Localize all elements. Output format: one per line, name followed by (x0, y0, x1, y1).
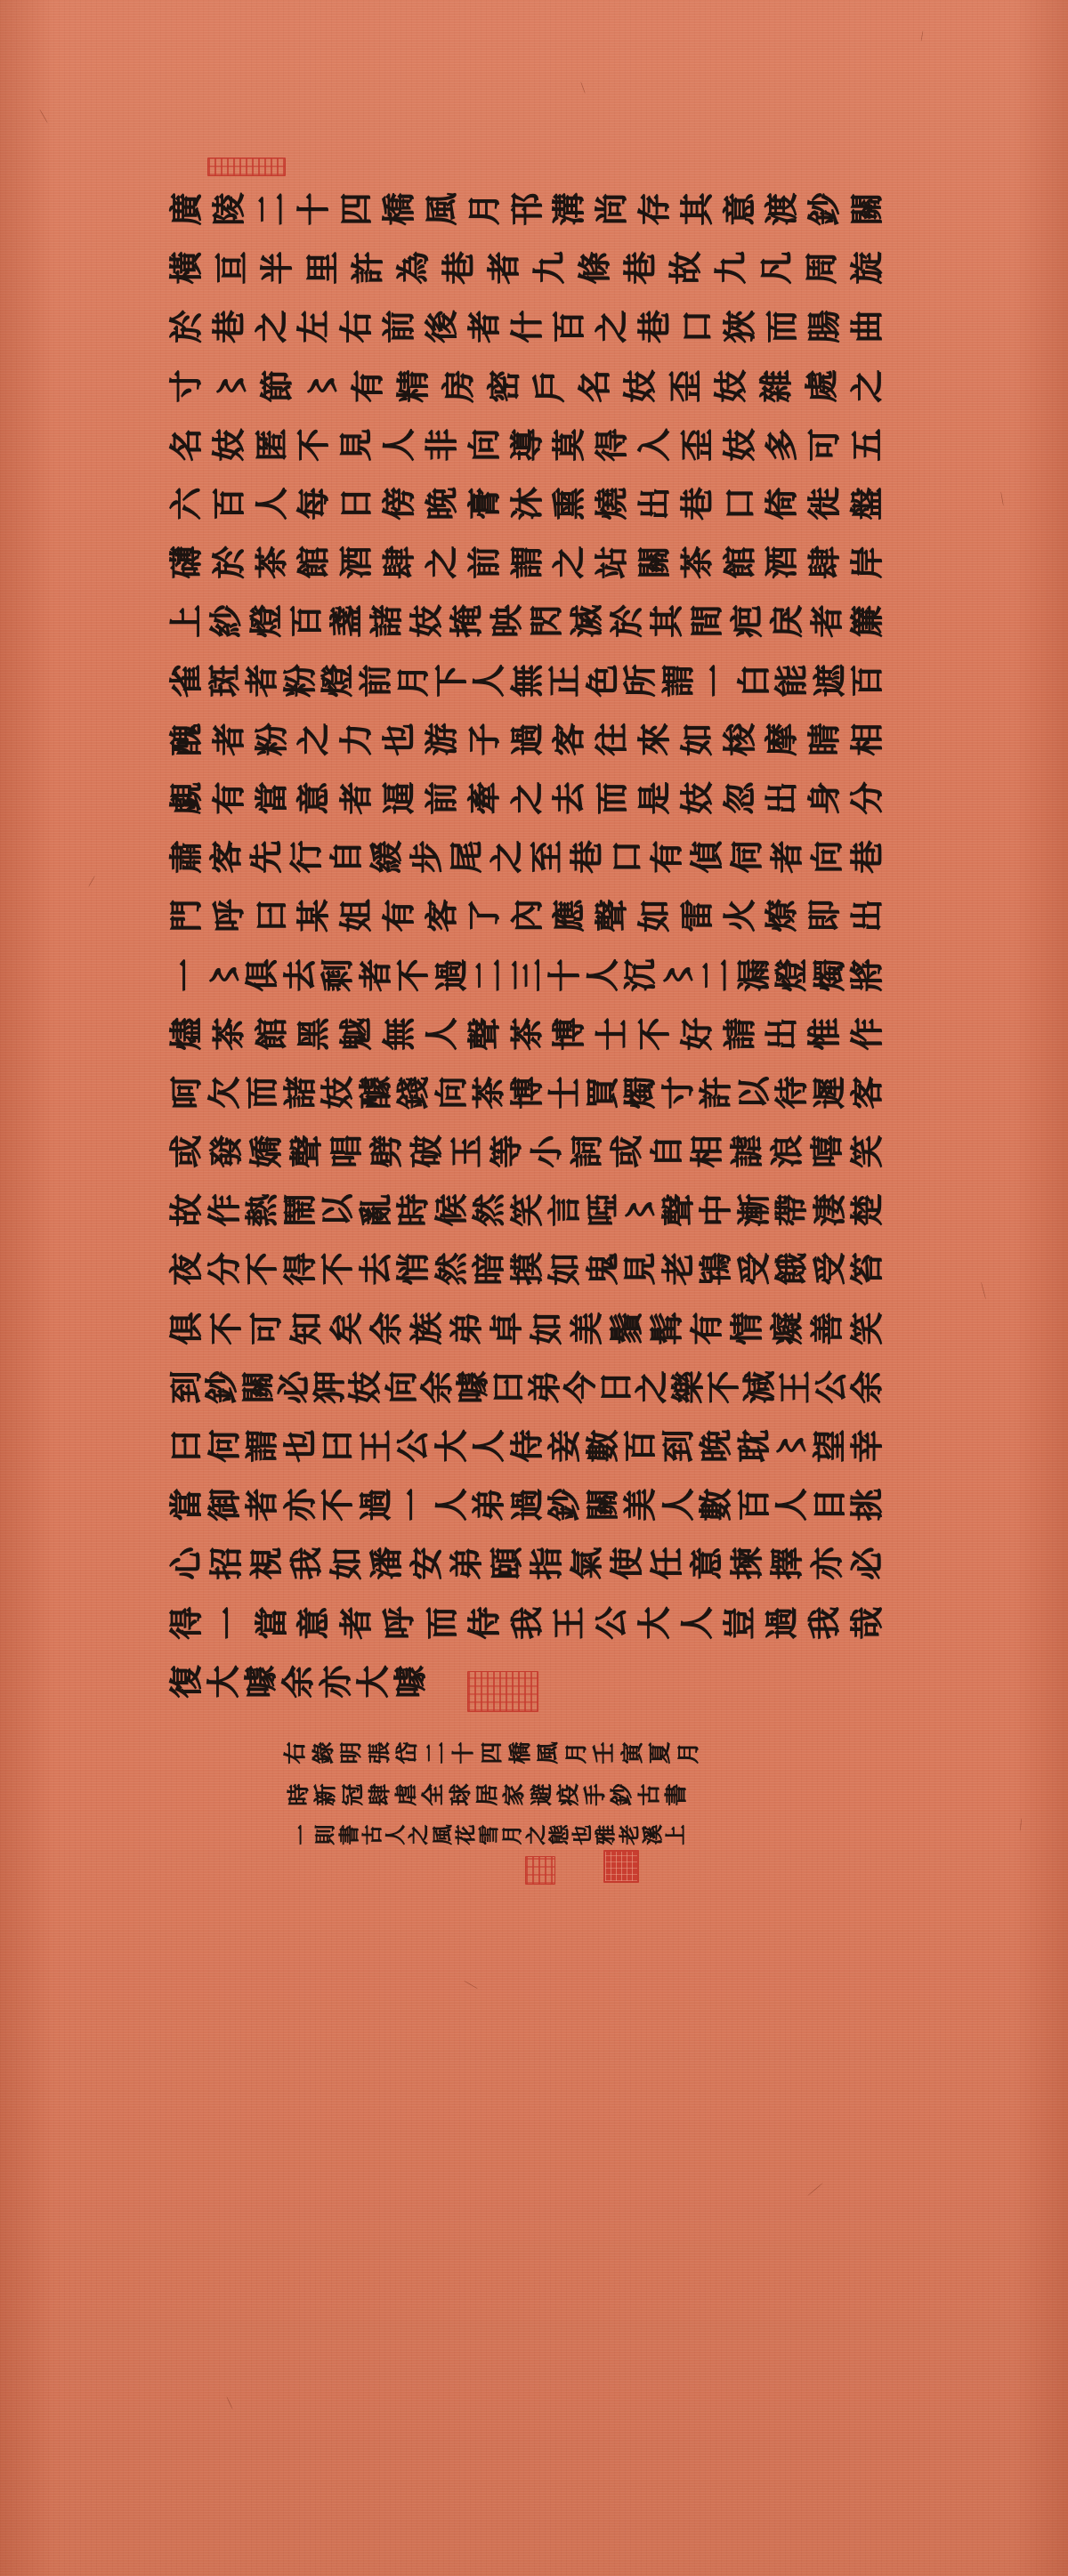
calligraphy-character: 關 (241, 1369, 277, 1405)
calligraphy-line: 曰何謂也曰王公大人侍妾數百到晚耽〻望幸 (169, 1417, 886, 1475)
calligraphy-character: 大 (637, 1605, 673, 1641)
calligraphy-character: 巷 (623, 250, 659, 286)
calligraphy-character: 耽 (737, 1428, 773, 1464)
calligraphy-character: 使 (610, 1546, 645, 1581)
calligraphy-character: 茶 (212, 1016, 247, 1052)
calligraphy-character: 餓 (774, 1251, 810, 1287)
calligraphy-character: 必 (277, 1369, 312, 1405)
paper-fiber (1000, 492, 1004, 506)
calligraphy-character: 得 (595, 427, 630, 463)
calligraphy-character: 關 (637, 545, 673, 580)
calligraphy-character: 雀 (169, 663, 205, 699)
inscription-line: 右錄明張岱二十四橋風月壬寅夏月 (283, 1735, 701, 1771)
calligraphy-character: 避 (530, 1782, 554, 1807)
calligraphy-character: 〻 (661, 957, 697, 993)
calligraphy-character: 燭 (623, 1075, 659, 1110)
calligraphy-character: 二 (424, 1740, 449, 1765)
calligraphy-character: 如 (637, 898, 673, 933)
calligraphy-character: 為 (396, 250, 432, 286)
paper-fiber (88, 876, 95, 887)
calligraphy-character: 過 (765, 1605, 800, 1641)
calligraphy-character: 岸 (850, 545, 886, 580)
calligraphy-character: 寸 (169, 368, 205, 404)
calligraphy-character: 大 (206, 1664, 242, 1700)
calligraphy-character: 非 (425, 427, 460, 463)
calligraphy-character: 噱 (244, 1664, 279, 1700)
calligraphy-character: 冠 (341, 1782, 366, 1807)
calligraphy-character: 虐 (394, 1782, 419, 1807)
calligraphy-character: 如 (680, 722, 716, 757)
calligraphy-character: 戾 (770, 603, 805, 639)
calligraphy-character: 右 (283, 1740, 308, 1765)
calligraphy-character: 火 (723, 898, 758, 933)
calligraphy-character: 明 (339, 1740, 364, 1765)
calligraphy-character: 也 (570, 1824, 595, 1845)
calligraphy-character: 人 (382, 427, 417, 463)
calligraphy-character: 作 (850, 1016, 886, 1052)
calligraphy-character: 當 (169, 1487, 205, 1522)
calligraphy-character: 等 (489, 1134, 525, 1169)
calligraphy-character: 弟 (449, 1546, 485, 1581)
calligraphy-character: 鈔 (205, 1369, 240, 1405)
inscription-line: 一則書古人之風花雪月之態也雅老溪上 (292, 1817, 687, 1853)
calligraphy-character: 數 (586, 1428, 621, 1464)
calligraphy-character: 燭 (813, 957, 848, 993)
calligraphy-character: 月 (500, 1824, 525, 1845)
calligraphy-character: 〻 (214, 368, 250, 404)
calligraphy-character: 門 (169, 898, 205, 933)
calligraphy-character: 鈔 (610, 1782, 635, 1807)
calligraphy-character: 之 (510, 780, 546, 816)
calligraphy-character: 前 (425, 780, 460, 816)
calligraphy-character: 過 (434, 957, 470, 993)
calligraphy-character: 御 (207, 1487, 243, 1522)
calligraphy-character: 壬 (592, 1740, 617, 1765)
calligraphy-character: 巷 (570, 839, 605, 875)
calligraphy-character: 自 (329, 839, 365, 875)
calligraphy-character: 視 (249, 1546, 285, 1581)
calligraphy-character: 狹 (723, 309, 758, 344)
calligraphy-character: 是 (637, 780, 673, 816)
calligraphy-character: 忽 (723, 780, 758, 816)
calligraphy-character: 大 (356, 1664, 392, 1700)
calligraphy-character: 余 (369, 1311, 405, 1346)
calligraphy-character: 受 (737, 1251, 773, 1287)
calligraphy-character: 公 (595, 1605, 630, 1641)
calligraphy-character: 亦 (810, 1546, 845, 1581)
calligraphy-character: 戶 (532, 368, 568, 404)
calligraphy-character: 花 (454, 1824, 479, 1845)
calligraphy-character: 邗 (510, 191, 546, 227)
calligraphy-character: 前 (382, 309, 417, 344)
calligraphy-character: 月 (467, 191, 503, 227)
calligraphy-character: 剩 (320, 957, 356, 993)
calligraphy-character: 亂 (359, 1192, 394, 1228)
calligraphy-character: 盞 (329, 603, 365, 639)
calligraphy-character: 王 (778, 1369, 813, 1405)
calligraphy-character: 者 (487, 250, 522, 286)
calligraphy-character: 紗 (209, 603, 245, 639)
calligraphy-line: 故作熱鬧以亂時候然笑言啞〻聲中漸帶淒楚 (169, 1181, 886, 1240)
calligraphy-character: 書 (337, 1824, 362, 1845)
calligraphy-character: 癡 (770, 1311, 805, 1346)
calligraphy-character: 粉 (255, 722, 290, 757)
paper-fiber (981, 1282, 986, 1300)
calligraphy-character: 妓 (409, 603, 445, 639)
calligraphy-character: 向 (434, 1075, 470, 1110)
calligraphy-character: 嘻 (810, 1134, 845, 1169)
calligraphy-line: 一〻俱去剩者不過二三十人沉〻二漏燈燭將 (169, 945, 886, 1004)
calligraphy-character: 分 (207, 1251, 243, 1287)
calligraphy-character: 鈔 (807, 191, 843, 227)
calligraphy-character: 酒 (339, 545, 375, 580)
calligraphy-character: 數 (699, 1487, 734, 1522)
calligraphy-character: 白 (737, 663, 773, 699)
calligraphy-character: 漏 (737, 957, 773, 993)
calligraphy-character: 謂 (510, 545, 546, 580)
calligraphy-line: 上紗燈百盞諸妓掩映閃滅於其間疤戾者簾 (169, 592, 886, 650)
calligraphy-character: 月 (396, 663, 432, 699)
calligraphy-character: 導 (510, 427, 546, 463)
calligraphy-character: 家 (502, 1782, 527, 1807)
calligraphy-line: 寸〻節〻有精房密戶名妓歪妓雜處之 (169, 357, 886, 416)
calligraphy-character: 意 (723, 191, 758, 227)
calligraphy-character: 態 (547, 1824, 572, 1845)
calligraphy-character: 余 (420, 1369, 456, 1405)
calligraphy-character: 游 (425, 722, 460, 757)
calligraphy-character: 斑 (207, 663, 243, 699)
calligraphy-character: 卓 (489, 1311, 525, 1346)
calligraphy-character: 雅 (594, 1824, 619, 1845)
calligraphy-character: 手 (583, 1782, 608, 1807)
calligraphy-character: 浪 (770, 1134, 805, 1169)
calligraphy-character: 幸 (850, 1428, 886, 1464)
calligraphy-character: 肆 (368, 1782, 392, 1807)
calligraphy-character: 古 (637, 1782, 662, 1807)
calligraphy-character: 者 (770, 839, 805, 875)
calligraphy-character: 溝 (552, 191, 587, 227)
calligraphy-character: 〻 (207, 957, 243, 993)
calligraphy-character: 之 (489, 839, 525, 875)
calligraphy-character: 覷 (169, 780, 205, 816)
calligraphy-character: 精 (396, 368, 432, 404)
calligraphy-character: 妓 (320, 1075, 356, 1110)
calligraphy-character: 有 (382, 898, 417, 933)
calligraphy-character: 詞 (570, 1134, 605, 1169)
calligraphy-character: 摩 (765, 722, 800, 757)
calligraphy-character: 巷 (850, 839, 886, 875)
calligraphy-character: 出 (765, 1016, 800, 1052)
calligraphy-character: 受 (813, 1251, 848, 1287)
calligraphy-character: 摸 (510, 1251, 546, 1287)
calligraphy-character: 鈔 (547, 1487, 583, 1522)
calligraphy-character: 無 (382, 1016, 417, 1052)
calligraphy-character: 房 (441, 368, 477, 404)
calligraphy-character: 然 (472, 1192, 507, 1228)
calligraphy-character: 茶 (472, 1075, 507, 1110)
calligraphy-character: 至 (530, 839, 565, 875)
calligraphy-character: 侍 (467, 1605, 503, 1641)
calligraphy-character: 肆 (382, 545, 417, 580)
calligraphy-line: 橫亘半里許為巷者九條巷故九凡周旋 (169, 238, 886, 297)
calligraphy-character: 日 (339, 486, 375, 521)
calligraphy-character: 睛 (807, 722, 843, 757)
calligraphy-character: 燈 (774, 957, 810, 993)
calligraphy-character: 噱 (456, 1369, 491, 1405)
calligraphy-character: 以 (320, 1192, 356, 1228)
calligraphy-character: 復 (169, 1664, 205, 1700)
calligraphy-line: 於巷之左右前後者什百之巷口狹而腸曲 (169, 297, 886, 356)
calligraphy-character: 髯 (650, 1311, 685, 1346)
calligraphy-character: 聲 (467, 1016, 503, 1052)
calligraphy-character: 黑 (296, 1016, 332, 1052)
calligraphy-character: 盤 (850, 486, 886, 521)
calligraphy-character: 客 (425, 898, 460, 933)
calligraphy-character: 意 (296, 1605, 332, 1641)
calligraphy-character: 到 (169, 1369, 205, 1405)
calligraphy-character: 有 (650, 839, 685, 875)
calligraphy-character: 玉 (449, 1134, 485, 1169)
calligraphy-character: 一 (699, 663, 734, 699)
calligraphy-character: 渡 (765, 191, 800, 227)
calligraphy-character: 公 (396, 1428, 432, 1464)
calligraphy-character: 見 (339, 427, 375, 463)
calligraphy-character: 溪 (641, 1824, 666, 1845)
calligraphy-character: 茶 (255, 545, 290, 580)
calligraphy-character: 廣 (169, 191, 205, 227)
calligraphy-character: 於 (169, 309, 205, 344)
calligraphy-character: 節 (260, 368, 295, 404)
calligraphy-character: 後 (425, 309, 460, 344)
calligraphy-character: 簾 (850, 603, 886, 639)
calligraphy-character: 漸 (737, 1192, 773, 1228)
calligraphy-line: 肅客先行自緩步尾之至巷口有偵伺者向巷 (169, 828, 886, 886)
calligraphy-character: 什 (510, 309, 546, 344)
calligraphy-character: 口 (610, 839, 645, 875)
calligraphy-character: 人 (774, 1487, 810, 1522)
calligraphy-character: 不 (637, 1016, 673, 1052)
paper-fiber (920, 31, 923, 42)
calligraphy-character: 妓 (623, 368, 659, 404)
calligraphy-character: 我 (289, 1546, 325, 1581)
calligraphy-character: 來 (637, 722, 673, 757)
calligraphy-character: 者 (339, 1605, 375, 1641)
signature-seal-2 (603, 1850, 639, 1883)
calligraphy-character: 亦 (319, 1664, 354, 1700)
calligraphy-character: 謂 (661, 663, 697, 699)
calligraphy-character: 百 (289, 603, 325, 639)
calligraphy-character: 逼 (382, 780, 417, 816)
calligraphy-character: 閃 (530, 603, 565, 639)
calligraphy-character: 心 (169, 1546, 205, 1581)
calligraphy-character: 映 (489, 603, 525, 639)
calligraphy-character: 笞 (850, 1251, 886, 1287)
calligraphy-character: 嬌 (249, 1134, 285, 1169)
calligraphy-character: 巷 (441, 250, 477, 286)
calligraphy-character: 之 (425, 545, 460, 580)
calligraphy-character: 一 (290, 1824, 315, 1845)
calligraphy-character: 今 (563, 1369, 599, 1405)
calligraphy-character: 四 (480, 1740, 505, 1765)
calligraphy-character: 士 (595, 1016, 630, 1052)
calligraphy-character: 肆 (807, 545, 843, 580)
calligraphy-character: 將 (850, 957, 886, 993)
calligraphy-character: 人 (680, 1605, 716, 1641)
calligraphy-character: 往 (595, 722, 630, 757)
calligraphy-character: 人 (472, 663, 507, 699)
calligraphy-character: 聲 (289, 1134, 325, 1169)
calligraphy-character: 則 (313, 1824, 338, 1845)
calligraphy-character: 其 (680, 191, 716, 227)
calligraphy-character: 也 (283, 1428, 319, 1464)
calligraphy-line: 呵欠而諸妓醵錢向茶博士買燭寸許以待遲客 (169, 1063, 886, 1122)
calligraphy-character: 樂 (671, 1369, 707, 1405)
calligraphy-character: 向 (467, 427, 503, 463)
calligraphy-character: 俱 (169, 1311, 205, 1346)
calligraphy-character: 待 (774, 1075, 810, 1110)
calligraphy-character: 右 (339, 309, 375, 344)
calligraphy-character: 我 (510, 1605, 546, 1641)
calligraphy-character: 礴 (169, 545, 205, 580)
calligraphy-character: 旋 (850, 250, 886, 286)
calligraphy-character: 故 (169, 1192, 205, 1228)
calligraphy-character: 者 (810, 603, 845, 639)
calligraphy-character: 矣 (329, 1311, 365, 1346)
calligraphy-character: 而 (425, 1605, 460, 1641)
calligraphy-character: 不 (320, 1251, 356, 1287)
calligraphy-character: 九 (532, 250, 568, 286)
calligraphy-character: 姐 (339, 898, 375, 933)
calligraphy-character: 茶 (680, 545, 716, 580)
calligraphy-character: 曰 (491, 1369, 527, 1405)
calligraphy-character: 巷 (637, 309, 673, 344)
calligraphy-character: 當 (255, 780, 290, 816)
calligraphy-character: 向 (384, 1369, 420, 1405)
calligraphy-character: 有 (690, 1311, 725, 1346)
calligraphy-character: 間 (690, 603, 725, 639)
calligraphy-character: 前 (467, 545, 503, 580)
calligraphy-character: 風 (431, 1824, 456, 1845)
calligraphy-character: 身 (807, 780, 843, 816)
calligraphy-character: 醜 (169, 722, 205, 757)
calligraphy-character: 熱 (245, 1192, 280, 1228)
calligraphy-character: 名 (169, 427, 205, 463)
calligraphy-character: 不 (245, 1251, 280, 1287)
calligraphy-character: 倚 (765, 486, 800, 521)
calligraphy-character: 妓 (714, 368, 749, 404)
calligraphy-character: 許 (699, 1075, 734, 1110)
calligraphy-character: 前 (359, 663, 394, 699)
calligraphy-character: 呼 (212, 898, 247, 933)
calligraphy-character: 色 (586, 663, 621, 699)
calligraphy-character: 買 (586, 1075, 621, 1110)
calligraphy-character: 百 (737, 1487, 773, 1522)
calligraphy-character: 關 (850, 191, 886, 227)
calligraphy-character: 妾 (547, 1428, 583, 1464)
calligraphy-character: 聲 (595, 898, 630, 933)
calligraphy-character: 燈 (320, 663, 356, 699)
calligraphy-character: 如 (547, 1251, 583, 1287)
calligraphy-character: 口 (680, 309, 716, 344)
signature-seal-1 (525, 1856, 555, 1885)
calligraphy-character: 夏 (648, 1740, 673, 1765)
calligraphy-character: 弟 (472, 1487, 507, 1522)
calligraphy-character: 然 (434, 1251, 470, 1287)
calligraphy-character: 欠 (207, 1075, 243, 1110)
calligraphy-character: 熏 (552, 486, 587, 521)
calligraphy-character: 傍 (382, 486, 417, 521)
calligraphy-character: 茶 (510, 1016, 546, 1052)
calligraphy-character: 燒 (595, 486, 630, 521)
calligraphy-character: 鬧 (283, 1192, 319, 1228)
calligraphy-line: 燼茶館黑魆無人聲茶博士不好請出惟作 (169, 1005, 886, 1063)
calligraphy-character: 老 (618, 1824, 643, 1845)
calligraphy-character: 過 (510, 722, 546, 757)
calligraphy-character: 善 (810, 1311, 845, 1346)
calligraphy-character: 小 (530, 1134, 565, 1169)
calligraphy-character: 里 (305, 250, 341, 286)
calligraphy-character: 滅 (570, 603, 605, 639)
calligraphy-character: 狎 (312, 1369, 348, 1405)
calligraphy-character: 者 (359, 957, 394, 993)
calligraphy-character: 應 (552, 898, 587, 933)
calligraphy-character: 十 (451, 1740, 476, 1765)
calligraphy-character: 十 (296, 191, 332, 227)
calligraphy-character: 岱 (395, 1740, 420, 1765)
calligraphy-character: 一 (396, 1487, 432, 1522)
calligraphy-character: 分 (850, 780, 886, 816)
calligraphy-character: 之 (407, 1824, 432, 1845)
calligraphy-character: 酒 (765, 545, 800, 580)
calligraphy-line: 覷有當意者逼前牽之去而是妓忽出身分 (169, 769, 886, 828)
calligraphy-character: 言 (547, 1192, 583, 1228)
calligraphy-character: 寸 (661, 1075, 697, 1110)
calligraphy-character: 日 (599, 1369, 635, 1405)
calligraphy-character: 即 (807, 898, 843, 933)
calligraphy-character: 名 (578, 368, 613, 404)
calligraphy-character: 揀 (730, 1546, 765, 1581)
calligraphy-character: 何 (207, 1428, 243, 1464)
calligraphy-character: 口 (723, 486, 758, 521)
calligraphy-character: 挑 (850, 1487, 886, 1522)
calligraphy-character: 之 (635, 1369, 670, 1405)
calligraphy-character: 去 (552, 780, 587, 816)
calligraphy-character: 梭 (723, 722, 758, 757)
calligraphy-character: 歪 (668, 368, 704, 404)
calligraphy-character: 者 (245, 1487, 280, 1522)
calligraphy-character: 館 (296, 545, 332, 580)
calligraphy-line: 當御者亦不過一人弟過鈔關美人數百人目挑 (169, 1475, 886, 1534)
calligraphy-character: 向 (810, 839, 845, 875)
calligraphy-character: 月 (564, 1740, 589, 1765)
calligraphy-character: 曰 (320, 1428, 356, 1464)
paper-fiber (39, 109, 48, 123)
calligraphy-character: 暗 (472, 1251, 507, 1287)
calligraphy-character: 疫 (556, 1782, 581, 1807)
calligraphy-character: 百 (212, 486, 247, 521)
calligraphy-character: 或 (169, 1134, 205, 1169)
calligraphy-character: 掩 (449, 603, 485, 639)
calligraphy-character: 曲 (850, 309, 886, 344)
paper-fiber (1020, 1818, 1022, 1830)
calligraphy-character: 曰 (255, 898, 290, 933)
calligraphy-character: 尾 (449, 839, 485, 875)
calligraphy-character: 張 (368, 1740, 392, 1765)
calligraphy-character: 百 (850, 663, 886, 699)
calligraphy-character: 人 (425, 1016, 460, 1052)
calligraphy-character: 博 (510, 1075, 546, 1110)
calligraphy-character: 人 (586, 957, 621, 993)
